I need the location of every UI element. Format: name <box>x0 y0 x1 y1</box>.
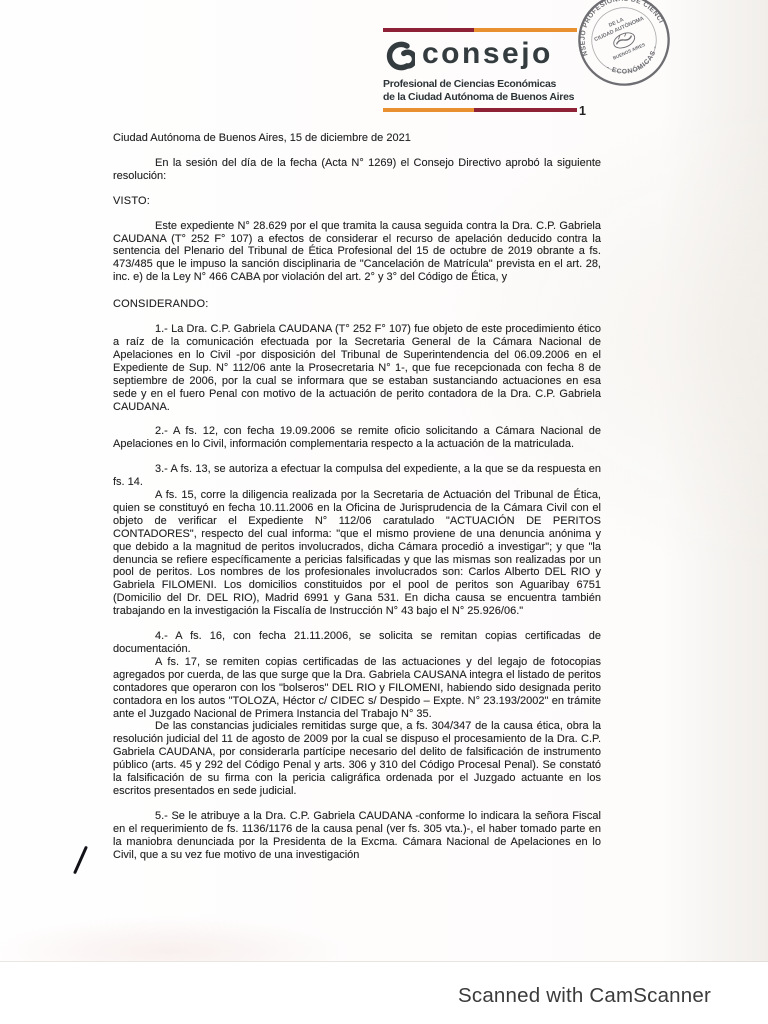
letterhead: consejo Profesional de Ciencias Económic… <box>383 28 577 112</box>
section-heading-considerando: CONSIDERANDO: <box>113 298 601 311</box>
consejo-spiral-c-icon <box>383 40 415 72</box>
page-number: 1 <box>579 104 586 118</box>
date-line: Ciudad Autónoma de Buenos Aires, 15 de d… <box>113 132 601 145</box>
considerando-item-4: 4.- A fs. 16, con fecha 21.11.2006, se s… <box>113 630 601 656</box>
brand-subtitle-line2: de la Ciudad Autónoma de Buenos Aires <box>383 91 577 104</box>
consejo-logo: consejo <box>383 40 577 72</box>
considerando-item-3-continuation: A fs. 15, corre la diligencia realizada … <box>113 489 601 618</box>
camscanner-credit: Scanned with CamScanner <box>458 984 711 1008</box>
considerando-item-3: 3.- A fs. 13, se autoriza a efectuar la … <box>113 463 601 489</box>
considerando-item-1: 1.- La Dra. C.P. Gabriela CAUDANA (T° 25… <box>113 323 601 413</box>
brand-bar-bottom <box>383 108 577 112</box>
intro-paragraph: En la sesión del día de la fecha (Acta N… <box>113 157 601 183</box>
brand-wordmark: consejo <box>422 39 553 69</box>
stamp-inner-line3: BUENOS AIRES <box>612 42 646 61</box>
document-body: Ciudad Autónoma de Buenos Aires, 15 de d… <box>113 132 601 862</box>
section-heading-visto: VISTO: <box>113 195 601 208</box>
considerando-item-5: 5.- Se le atribuye a la Dra. C.P. Gabrie… <box>113 810 601 862</box>
visto-paragraph: Este expediente N° 28.629 por el que tra… <box>113 220 601 285</box>
considerando-item-4-continuation-b: De las constancias judiciales remitidas … <box>113 720 601 797</box>
brand-bar-top <box>383 28 577 32</box>
considerando-item-4-continuation-a: A fs. 17, se remiten copias certificadas… <box>113 656 601 721</box>
brand-subtitle-line1: Profesional de Ciencias Económicas <box>383 78 577 91</box>
considerando-item-2: 2.- A fs. 12, con fecha 19.09.2006 se re… <box>113 425 601 451</box>
